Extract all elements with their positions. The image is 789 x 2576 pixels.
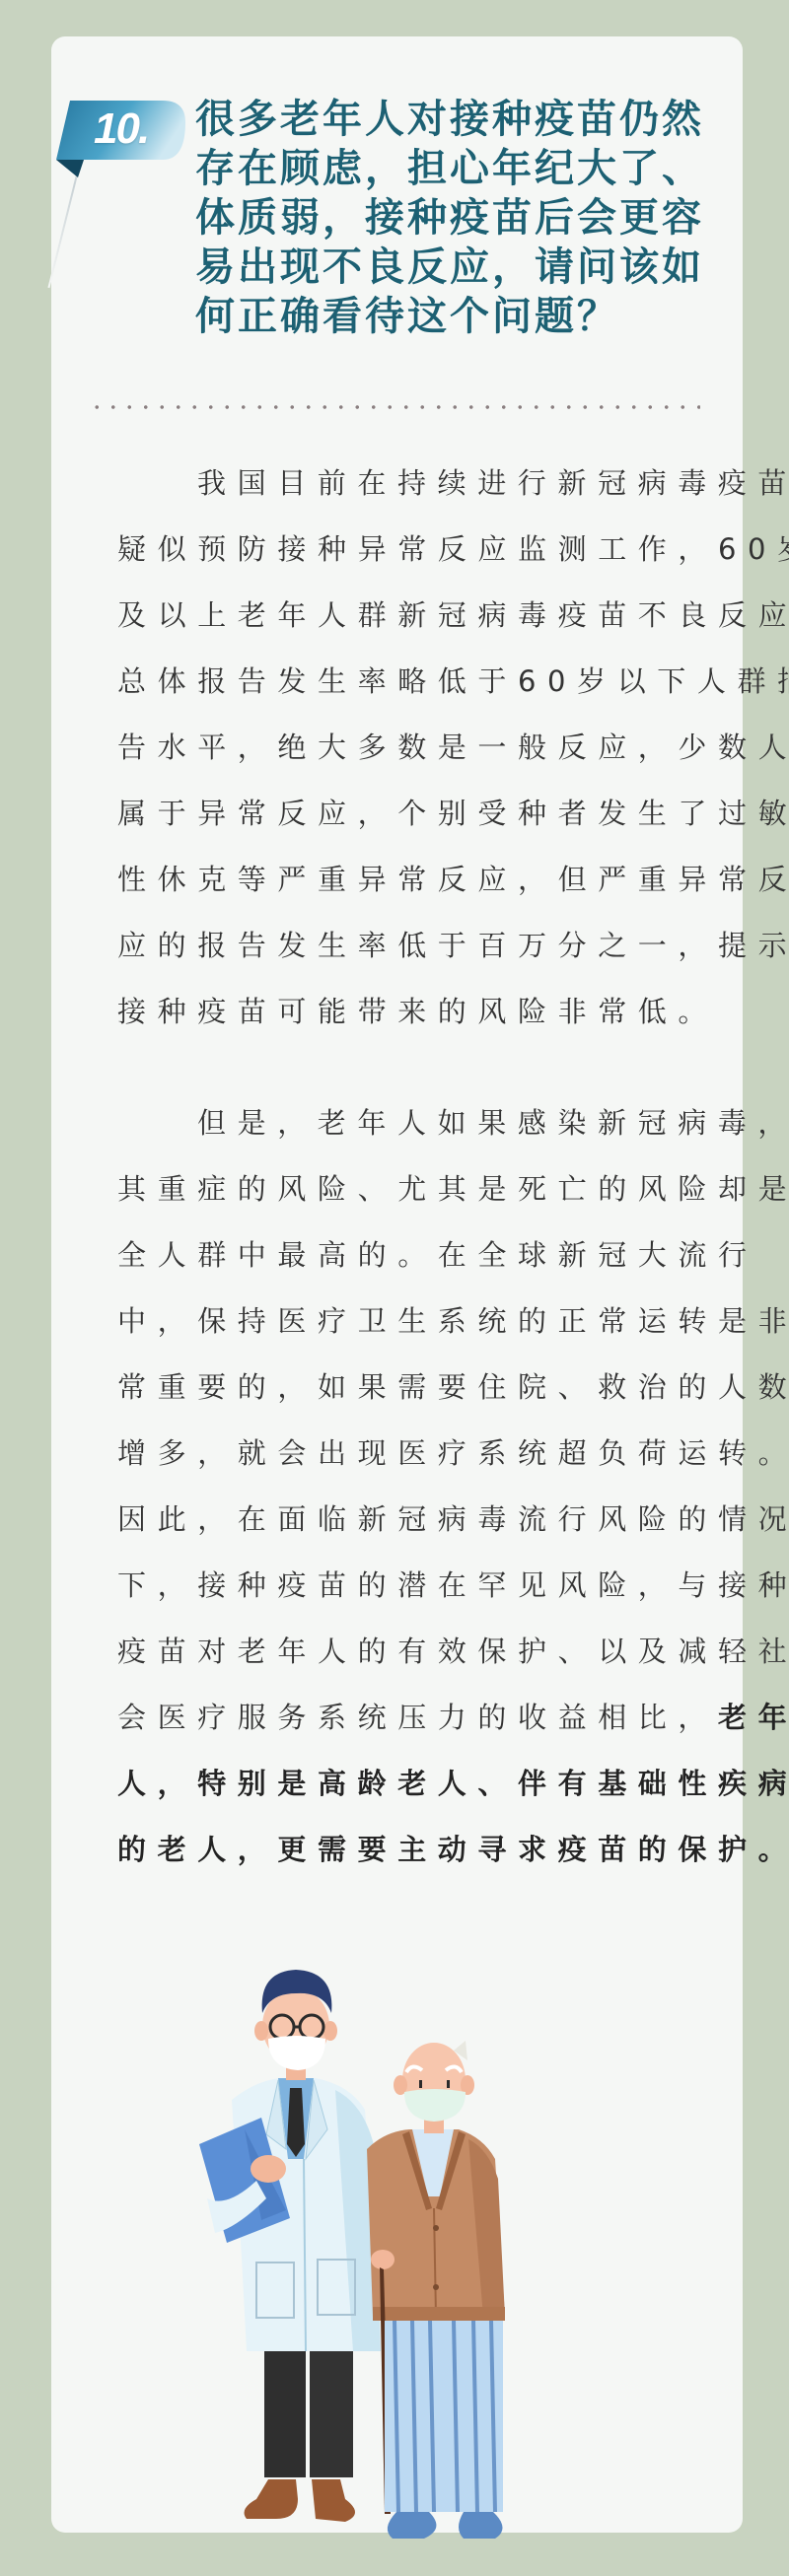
body-line: 因此，在面临新冠病毒流行风险的情况 [117, 1487, 689, 1553]
body-text: 会医疗服务系统压力的收益相比， [117, 1701, 718, 1734]
body-line: 疫苗对老年人的有效保护、以及减轻社 [117, 1619, 689, 1685]
people-illustration-icon [187, 1962, 542, 2573]
title-line: 何正确看待这个问题？ [195, 292, 708, 341]
title-line: 存在顾虑，担心年纪大了、 [195, 144, 708, 193]
answer-body: 我国目前在持续进行新冠病毒疫苗 疑似预防接种异常反应监测工作，60岁 及以上老年… [117, 451, 689, 1883]
body-line-bold: 人，特别是高龄老人、伴有基础性疾病 [117, 1751, 689, 1817]
body-line: 会医疗服务系统压力的收益相比，老年 [117, 1685, 689, 1751]
body-line: 应的报告发生率低于百万分之一，提示 [117, 913, 689, 979]
body-line-bold: 的老人，更需要主动寻求疫苗的保护。 [117, 1817, 689, 1883]
emphasis-text: 人，特别是高龄老人、伴有基础性疾病 [117, 1767, 789, 1800]
paragraph-gap [117, 1045, 689, 1090]
body-line: 增多，就会出现医疗系统超负荷运转。 [117, 1421, 689, 1487]
elderly-figure [367, 2041, 505, 2539]
body-line: 总体报告发生率略低于60岁以下人群报 [117, 649, 689, 715]
body-line: 及以上老年人群新冠病毒疫苗不良反应 [117, 583, 689, 649]
question-title: 很多老年人对接种疫苗仍然 存在顾虑，担心年纪大了、 体质弱，接种疫苗后会更容 易… [195, 95, 708, 341]
title-line: 易出现不良反应，请问该如 [195, 243, 708, 292]
body-line: 下，接种疫苗的潜在罕见风险，与接种 [117, 1553, 689, 1619]
question-number-badge: 10. [56, 101, 185, 160]
title-line: 体质弱，接种疫苗后会更容 [195, 193, 708, 243]
body-line: 属于异常反应，个别受种者发生了过敏 [117, 781, 689, 847]
body-line: 性休克等严重异常反应，但严重异常反 [117, 847, 689, 913]
body-line: 常重要的，如果需要住院、救治的人数 [117, 1355, 689, 1421]
doctor-and-elder-illustration [187, 1962, 542, 2573]
emphasis-text: 老年 [718, 1701, 789, 1734]
body-line: 其重症的风险、尤其是死亡的风险却是 [117, 1156, 689, 1222]
body-line: 全人群中最高的。在全球新冠大流行 [117, 1222, 689, 1288]
body-line: 我国目前在持续进行新冠病毒疫苗 [117, 451, 689, 517]
body-line: 接种疫苗可能带来的风险非常低。 [117, 979, 689, 1045]
dotted-divider [89, 405, 700, 409]
body-line: 疑似预防接种异常反应监测工作，60岁 [117, 517, 689, 583]
title-line: 很多老年人对接种疫苗仍然 [195, 95, 708, 144]
paragraph-2: 但是，老年人如果感染新冠病毒， 其重症的风险、尤其是死亡的风险却是 全人群中最高… [117, 1090, 689, 1883]
emphasis-text: 的老人，更需要主动寻求疫苗的保护。 [117, 1833, 789, 1866]
body-line: 中，保持医疗卫生系统的正常运转是非 [117, 1288, 689, 1355]
body-line: 告水平，绝大多数是一般反应，少数人 [117, 715, 689, 781]
question-number: 10. [94, 104, 148, 154]
doctor-figure [199, 1970, 381, 2522]
paragraph-1: 我国目前在持续进行新冠病毒疫苗 疑似预防接种异常反应监测工作，60岁 及以上老年… [117, 451, 689, 1045]
body-line: 但是，老年人如果感染新冠病毒， [117, 1090, 689, 1156]
